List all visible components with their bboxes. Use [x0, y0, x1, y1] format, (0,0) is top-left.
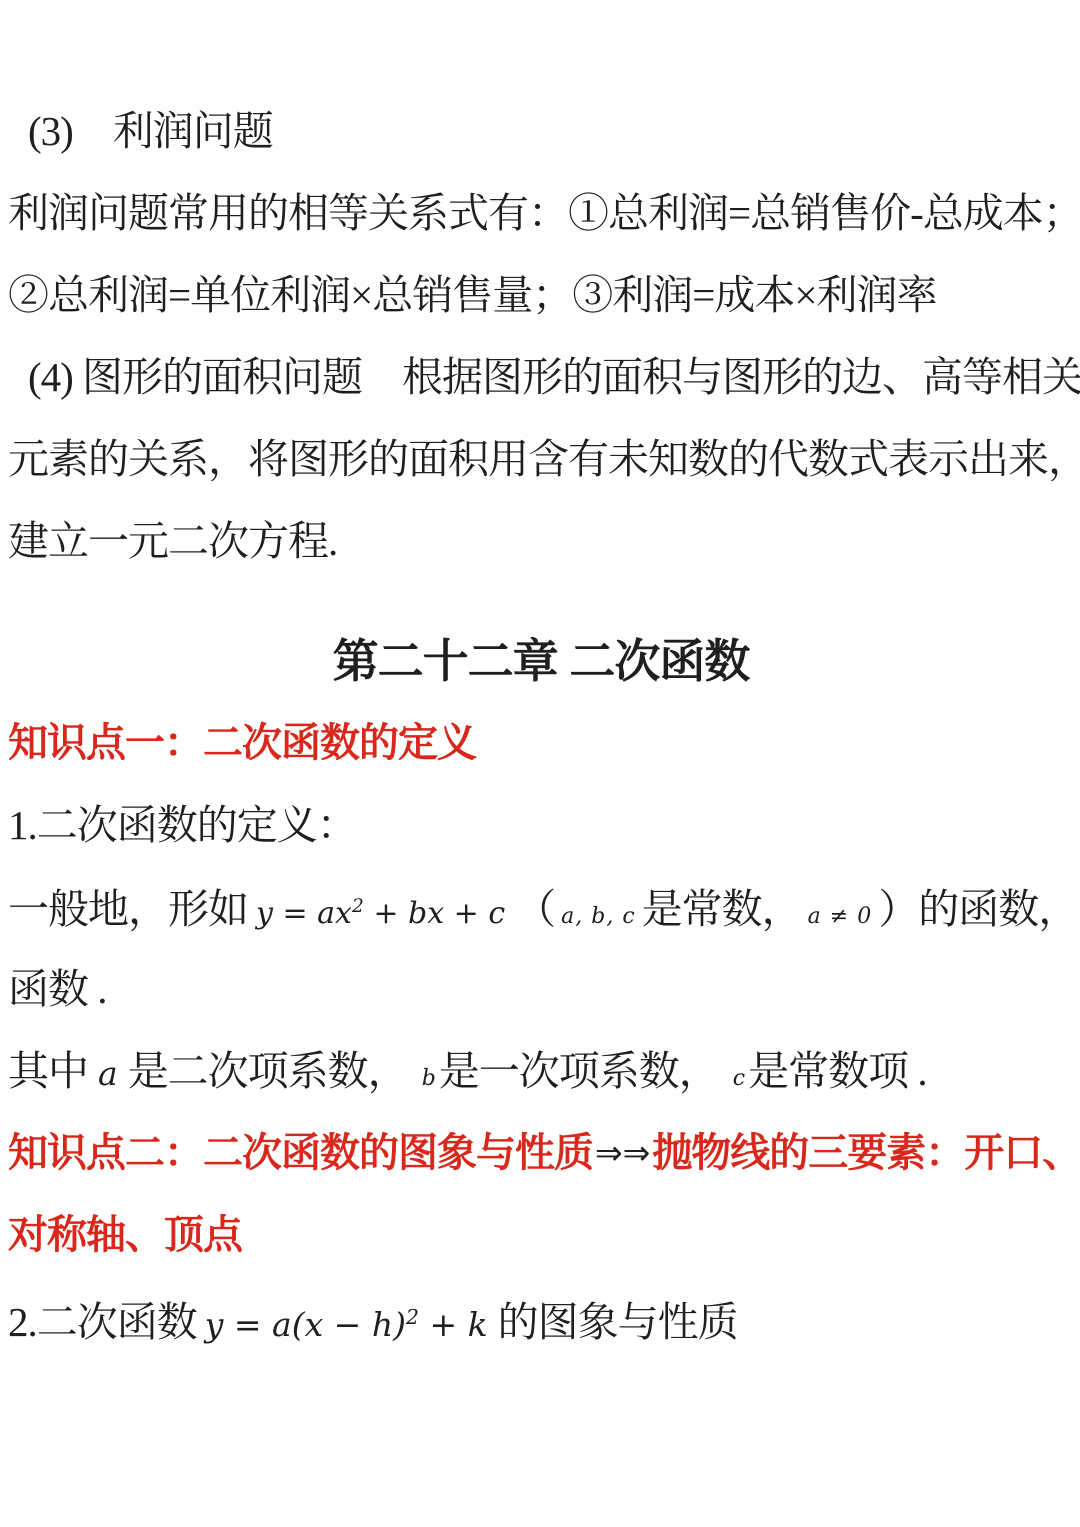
- general-form-line2-text: 函数 .: [8, 966, 107, 1012]
- vertex-form-post-text: 的图象与性质: [498, 1299, 738, 1345]
- chapter-title: 第二十二章 二次函数: [8, 636, 1074, 686]
- document-page: (3) 利润问题 利润问题常用的相等关系式有：①总利润=总销售价-总成本； ②总…: [0, 0, 1080, 1342]
- constants-abc: a, b, c: [561, 904, 636, 929]
- section3-line1-text: 利润问题常用的相等关系式有：①总利润=总销售价-总成本；: [8, 190, 1080, 236]
- section3-line2-text: ②总利润=单位利润×总销售量；③利润=成本×利润率: [8, 272, 937, 318]
- definition-label: 1.二次函数的定义：: [8, 800, 1074, 850]
- var-a: a: [98, 1054, 118, 1093]
- formula-rest: + bx + c: [364, 896, 505, 931]
- coef-c-desc: 是常数项 .: [748, 1048, 927, 1094]
- double-right-arrows-icon: ⇒⇒: [595, 1133, 650, 1172]
- knowledge-point-2-heading-part1: 知识点二：二次函数的图象与性质: [8, 1131, 593, 1175]
- formula-quadratic-general: y = ax2 + bx + c: [256, 896, 505, 931]
- coefficients-line: 其中a是二次项系数，b是一次项系数，c是常数项 .: [8, 1046, 1074, 1096]
- definition-label-text: 1.二次函数的定义：: [8, 802, 357, 848]
- section3-heading-text: (3) 利润问题: [28, 108, 273, 154]
- section4-line3-text: 建立一元二次方程.: [8, 518, 337, 564]
- general-form-line2: 函数 .: [8, 964, 1074, 1014]
- exponent: 2: [406, 1305, 419, 1329]
- coef-a-desc: 是二次项系数，: [128, 1048, 408, 1094]
- chapter-title-text: 第二十二章 二次函数: [333, 635, 750, 687]
- section3-line2: ②总利润=单位利润×总销售量；③利润=成本×利润率: [8, 270, 1074, 320]
- formula-rest: + k: [419, 1305, 488, 1344]
- section4-line2-text: 元素的关系，将图形的面积用含有未知数的代数式表示出来，: [8, 436, 1080, 482]
- formula-vertex-form: y = a(x − h)2 + k: [205, 1305, 488, 1344]
- section4-line2: 元素的关系，将图形的面积用含有未知数的代数式表示出来，: [8, 434, 1074, 484]
- formula-base: y = a(x − h): [205, 1305, 406, 1344]
- paren-close: ）: [878, 886, 918, 932]
- is-constant-text: 是常数，: [642, 886, 802, 932]
- knowledge-point-2-heading-line2-text: 对称轴、顶点: [8, 1213, 242, 1257]
- formula-base: y = ax: [256, 896, 352, 931]
- paren-open: （: [515, 886, 555, 932]
- knowledge-point-2-heading: 知识点二：二次函数的图象与性质⇒⇒抛物线的三要素：开口、: [8, 1128, 1074, 1178]
- general-form-post-text: 的函数，叫做二次: [918, 886, 1080, 932]
- vertex-form-pre-text: 2.二次函数: [8, 1299, 197, 1345]
- coef-b-desc: 是一次项系数，: [439, 1048, 719, 1094]
- section4-line1: (4) 图形的面积问题 根据图形的面积与图形的边、高等相关: [8, 352, 1074, 402]
- knowledge-point-2-heading-part2: 抛物线的三要素：开口、: [652, 1131, 1080, 1175]
- general-form-pre-text: 一般地，形如: [8, 886, 248, 932]
- general-form-line: 一般地，形如y = ax2 + bx + c（a, b, c是常数，a ≠ 0）…: [8, 882, 1074, 932]
- var-b: b: [422, 1066, 436, 1091]
- coefficients-pre-text: 其中: [8, 1048, 88, 1094]
- exponent: 2: [352, 896, 364, 917]
- knowledge-point-1-heading: 知识点一：二次函数的定义: [8, 718, 1074, 768]
- section3-heading: (3) 利润问题: [8, 106, 1074, 156]
- a-not-zero: a ≠ 0: [808, 904, 873, 929]
- section4-line1-text: (4) 图形的面积问题 根据图形的面积与图形的边、高等相关: [28, 354, 1080, 400]
- section4-line3: 建立一元二次方程.: [8, 516, 1074, 566]
- var-c: c: [733, 1066, 745, 1091]
- knowledge-point-1-heading-text: 知识点一：二次函数的定义: [8, 721, 476, 765]
- section3-line1: 利润问题常用的相等关系式有：①总利润=总销售价-总成本；: [8, 188, 1074, 238]
- knowledge-point-2-heading-line2: 对称轴、顶点: [8, 1210, 1074, 1260]
- vertex-form-line: 2.二次函数y = a(x − h)2 + k的图象与性质: [8, 1292, 1074, 1342]
